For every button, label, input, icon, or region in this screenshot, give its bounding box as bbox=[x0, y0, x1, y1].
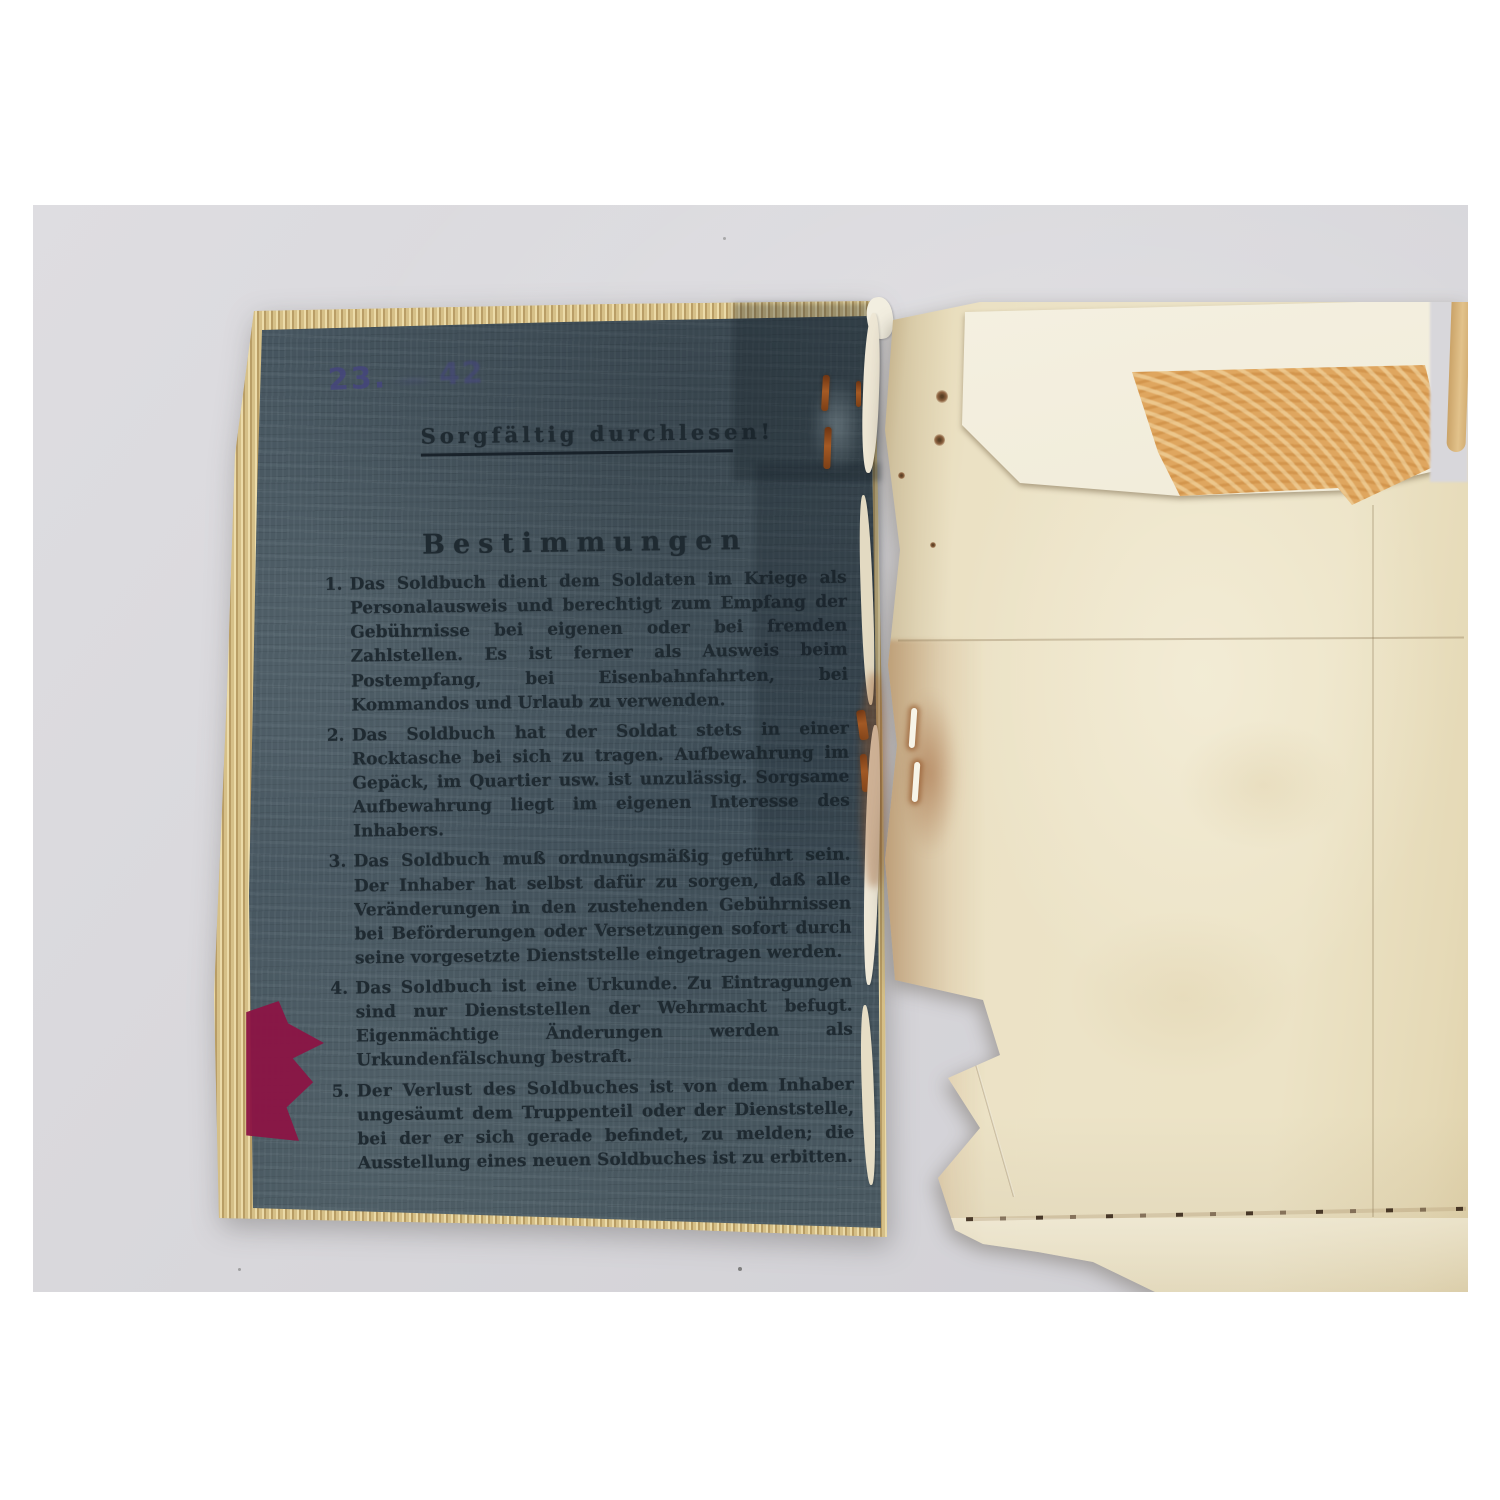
rust-speck bbox=[898, 472, 905, 479]
dust-speck bbox=[723, 237, 726, 240]
lower-flap bbox=[938, 1218, 1468, 1292]
rust-speck bbox=[934, 434, 945, 446]
staple-rust-halo bbox=[892, 668, 968, 878]
photo-backdrop: 23.42 Sorgfältig durchlesen! Bestimmunge… bbox=[33, 205, 1468, 1292]
dust-speck bbox=[738, 1267, 742, 1271]
endpaper-wrap bbox=[33, 205, 1468, 1292]
torn-endpaper bbox=[878, 300, 1468, 1292]
rust-speck bbox=[930, 542, 936, 548]
dust-speck bbox=[238, 1268, 241, 1271]
rust-speck bbox=[936, 390, 948, 403]
